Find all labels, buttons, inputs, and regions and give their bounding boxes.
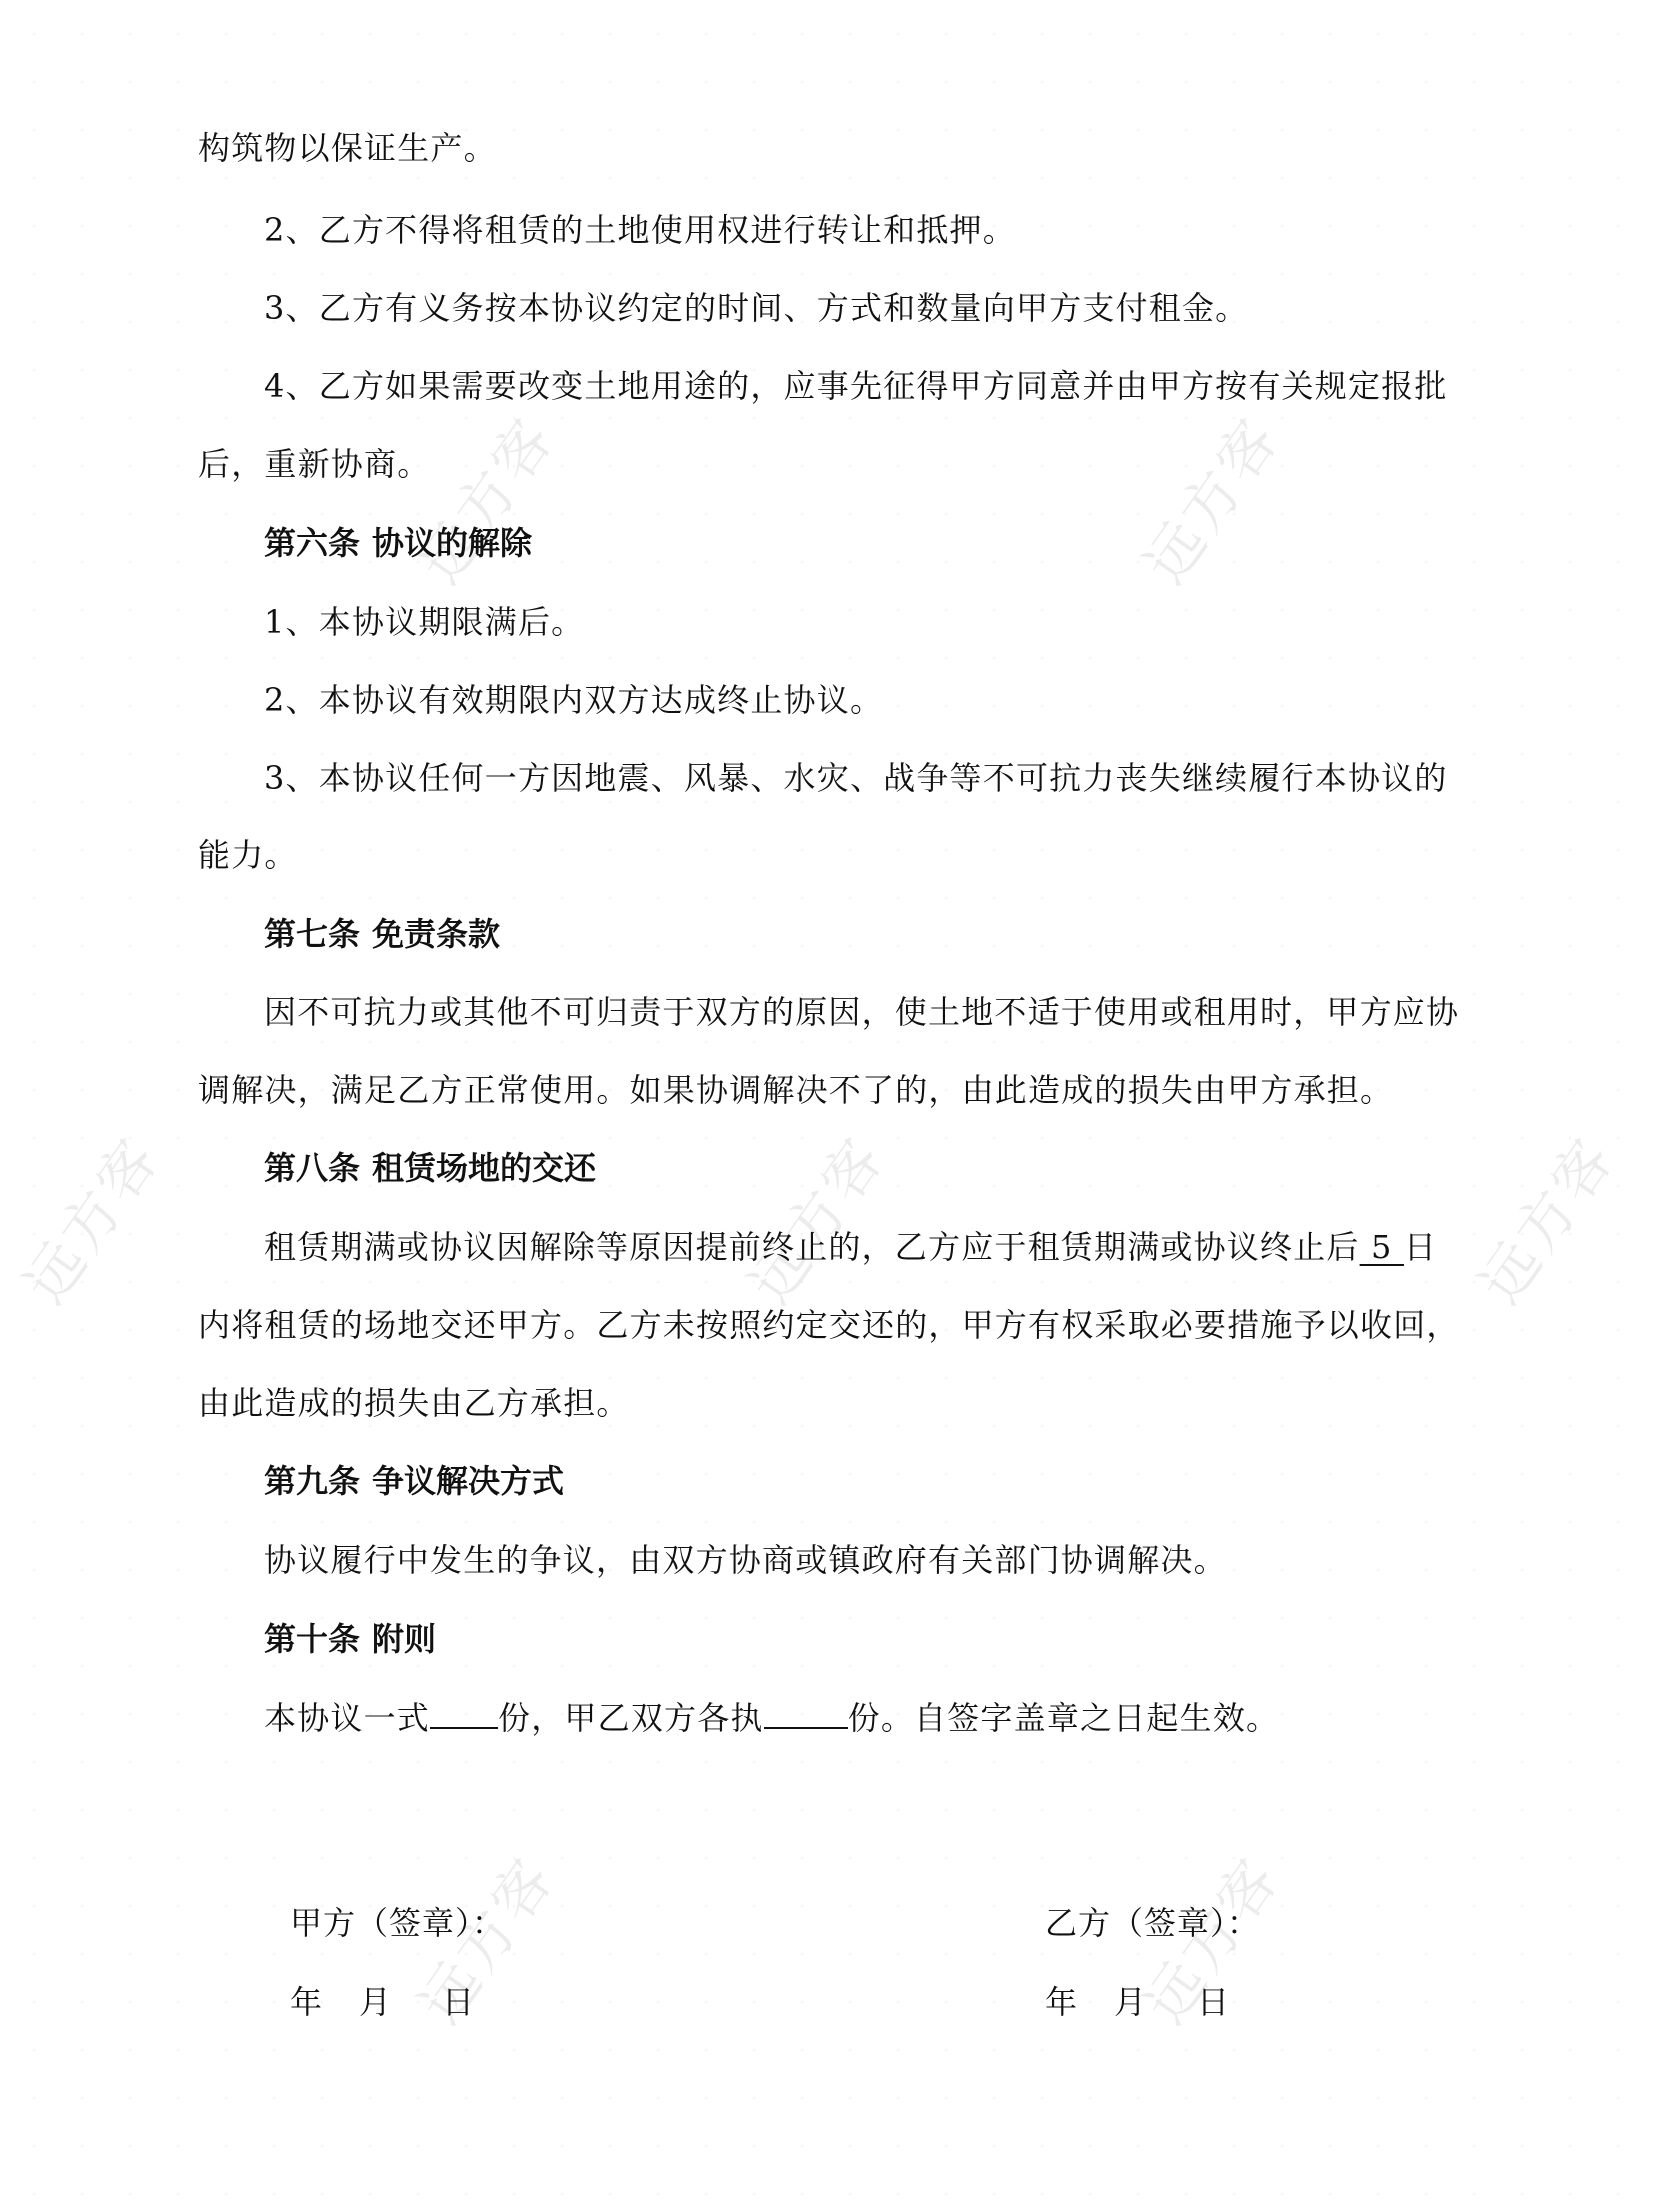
clause-title: 租赁场地的交还 xyxy=(372,1149,596,1187)
list-item: 4、乙方如果需要改变土地用途的，应事先征得甲方同意并由甲方按有关规定报批 xyxy=(198,366,1460,406)
paragraph-line: 由此造成的损失由乙方承担。 xyxy=(198,1383,1460,1423)
clause-heading: 第十条附则 xyxy=(198,1619,1460,1659)
paragraph-line: 内将租赁的场地交还甲方。乙方未按照约定交还的，甲方有权采取必要措施予以收回， xyxy=(198,1305,1460,1345)
paragraph-line: 因不可抗力或其他不可归责于双方的原因，使土地不适于使用或租用时，甲方应协 xyxy=(198,992,1460,1032)
clause-heading: 第七条免责条款 xyxy=(198,914,1460,954)
date-year: 年 xyxy=(1045,1982,1078,2022)
paragraph-line: 调解决，满足乙方正常使用。如果协调解决不了的，由此造成的损失由甲方承担。 xyxy=(198,1070,1460,1110)
clause-number: 第七条 xyxy=(264,915,360,953)
paragraph-line: 本协议一式份，甲乙双方各执份。自签字盖章之日起生效。 xyxy=(198,1697,1460,1737)
text-segment: 租赁期满或协议因解除等原因提前终止的，乙方应于租赁期满或协议终止后 xyxy=(264,1228,1360,1266)
list-item: 3、乙方有义务按本协议约定的时间、方式和数量向甲方支付租金。 xyxy=(198,288,1460,328)
watermark: 远方客 xyxy=(1120,397,1296,598)
list-item: 1、本协议期限满后。 xyxy=(198,602,1460,642)
list-item: 2、本协议有效期限内双方达成终止协议。 xyxy=(198,680,1460,720)
list-item: 3、本协议任何一方因地震、风暴、水灾、战争等不可抗力丧失继续履行本协议的 xyxy=(198,758,1460,798)
date-day: 日 xyxy=(442,1982,475,2022)
date-month: 月 xyxy=(359,1982,392,2022)
document-page: 远方客 远方客 远方客 远方客 远方客 远方客 远方客 构筑物以保证生产。 2、… xyxy=(0,0,1653,2204)
text-segment: 本协议一式 xyxy=(264,1699,430,1737)
text-segment: 份。自签字盖章之日起生效。 xyxy=(848,1699,1280,1737)
clause-number: 第九条 xyxy=(264,1462,360,1500)
paragraph-line: 能力。 xyxy=(198,835,1460,875)
text-segment: 日 xyxy=(1404,1228,1437,1266)
clause-heading: 第八条租赁场地的交还 xyxy=(198,1148,1460,1188)
text-segment: 份，甲乙双方各执 xyxy=(498,1699,764,1737)
party-b-date: 年月日 xyxy=(1045,1982,1230,2022)
clause-number: 第十条 xyxy=(264,1620,360,1658)
copies-each-blank xyxy=(764,1697,848,1729)
party-a-signature-label: 甲方（签章）： xyxy=(290,1903,505,1943)
clause-title: 争议解决方式 xyxy=(372,1462,564,1500)
watermark: 远方客 xyxy=(1455,1117,1631,1318)
clause-number: 第六条 xyxy=(264,524,360,562)
watermark: 远方客 xyxy=(395,397,571,598)
party-b-signature-label: 乙方（签章）： xyxy=(1045,1903,1260,1943)
list-item: 2、乙方不得将租赁的土地使用权进行转让和抵押。 xyxy=(198,210,1460,250)
date-month: 月 xyxy=(1114,1982,1147,2022)
date-day: 日 xyxy=(1197,1982,1230,2022)
paragraph-line: 后，重新协商。 xyxy=(198,444,1460,484)
watermark: 远方客 xyxy=(725,1117,901,1318)
date-year: 年 xyxy=(290,1982,323,2022)
clause-heading: 第九条争议解决方式 xyxy=(198,1461,1460,1501)
clause-number: 第八条 xyxy=(264,1149,360,1187)
return-days-field: 5 xyxy=(1360,1228,1404,1266)
clause-heading: 第六条协议的解除 xyxy=(198,523,1460,563)
paragraph-line: 构筑物以保证生产。 xyxy=(198,128,1460,168)
watermark: 远方客 xyxy=(0,1117,176,1318)
clause-title: 协议的解除 xyxy=(372,524,532,562)
clause-title: 免责条款 xyxy=(372,915,500,953)
party-a-date: 年月日 xyxy=(290,1982,475,2022)
clause-title: 附则 xyxy=(372,1620,436,1658)
paragraph-line: 租赁期满或协议因解除等原因提前终止的，乙方应于租赁期满或协议终止后 5 日 xyxy=(198,1227,1460,1267)
copies-total-blank xyxy=(430,1697,498,1729)
paragraph-line: 协议履行中发生的争议，由双方协商或镇政府有关部门协调解决。 xyxy=(198,1540,1460,1580)
